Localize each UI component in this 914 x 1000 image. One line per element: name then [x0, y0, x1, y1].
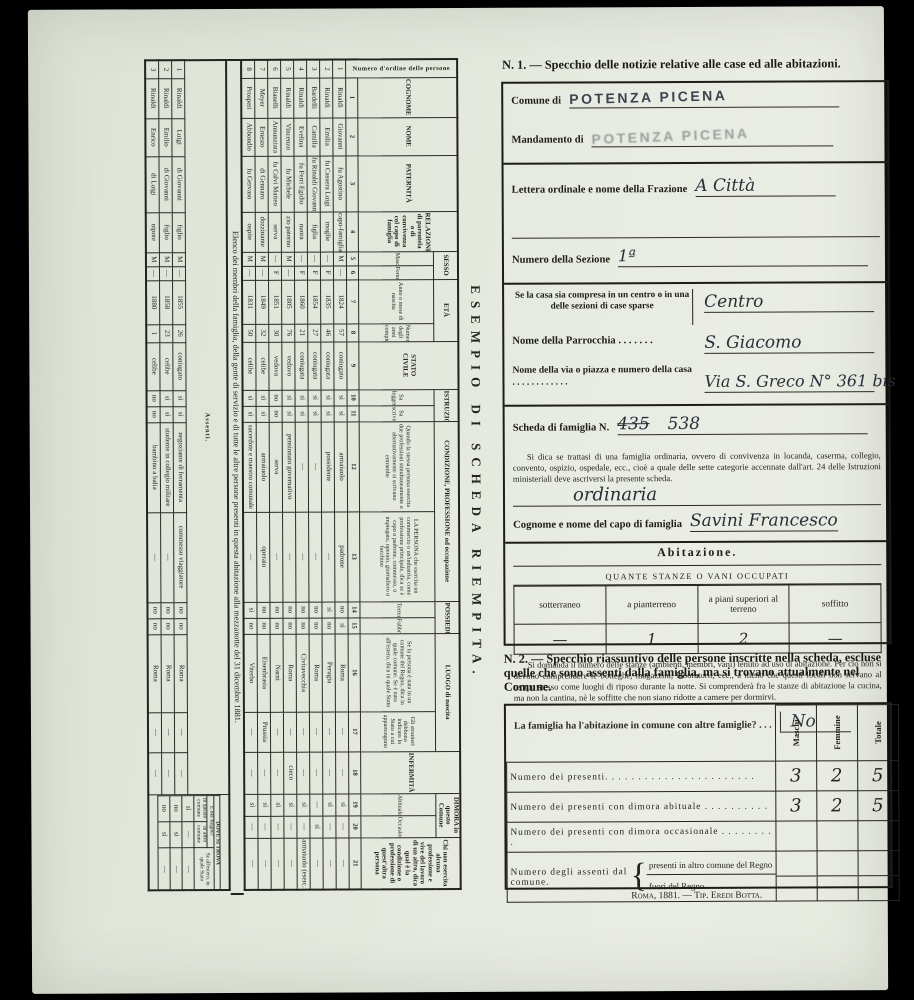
person-cell: — — [284, 712, 297, 752]
dove-val: sì — [158, 821, 170, 847]
person-cell: no — [335, 602, 348, 618]
dove-val: — — [170, 847, 182, 890]
column-number: 15 — [348, 617, 360, 633]
n2-assenti-sub1: presenti in altro comune del Regno — [647, 856, 775, 876]
assente-cell: sì — [173, 390, 186, 406]
person-cell: 1 — [333, 59, 346, 77]
person-cell: — — [282, 266, 295, 280]
stanze-val: 2 — [698, 624, 790, 654]
sezione-label: Numero della Sezione — [512, 254, 610, 265]
assente-cell: no — [161, 602, 174, 618]
column-group-header: SESSO — [434, 251, 458, 279]
person-cell: sì — [334, 390, 347, 406]
rotated-example-form: ESEMPIO DI SCHEDA RIEMPITA. Numero d'ord… — [92, 56, 486, 908]
person-cell: no — [270, 618, 283, 634]
column-group-header: LUOGO di nascita — [435, 633, 460, 751]
person-cell: di Gennaro — [255, 156, 268, 212]
assente-cell: — — [175, 752, 188, 794]
column-header: Anno o mese di nascita — [359, 279, 434, 323]
n2-val: 5 — [857, 761, 898, 791]
person-cell: — — [310, 752, 323, 794]
person-cell: Annunziata — [268, 118, 281, 156]
assente-cell: — — [147, 512, 161, 602]
person-cell: no — [270, 602, 283, 618]
person-cell: nuora — [294, 212, 307, 252]
person-cell: — — [284, 838, 297, 890]
person-cell: Bianelli — [268, 78, 281, 118]
assente-cell: — — [160, 266, 173, 280]
person-cell: 1854 — [308, 280, 321, 324]
person-cell: Civitavecchia — [296, 634, 309, 712]
person-cell: Prosperi — [241, 78, 255, 118]
person-cell: — — [297, 816, 310, 838]
person-cell: — — [271, 838, 284, 890]
person-cell: 6 — [268, 60, 281, 78]
assente-cell: di Giovanni — [159, 156, 172, 212]
person-cell: no — [322, 618, 335, 634]
column-group-header: CONDIZIONE, PROFESSIONE od occupazione — [434, 421, 459, 601]
categoria-note: Si dica se trattasi di una famiglia ordi… — [513, 450, 881, 484]
person-cell: Camilla — [307, 118, 320, 156]
person-cell: Narni — [270, 634, 283, 712]
person-cell: Roma — [283, 634, 296, 712]
column-group-header: ETÀ — [434, 279, 459, 341]
person-cell: coniugato — [334, 342, 347, 390]
assente-cell: no — [174, 618, 187, 634]
assente-cell: — — [148, 712, 162, 752]
person-cell: — — [308, 252, 321, 266]
person-cell: 27 — [308, 324, 321, 342]
n2-val: 2 — [816, 761, 857, 791]
column-number: 17 — [349, 711, 361, 751]
column-header: Gli stranieri debbono indicare lo Stato … — [361, 711, 436, 751]
person-cell: dozzinante — [255, 212, 268, 252]
assente-cell: Roma — [148, 634, 162, 712]
person-cell: — — [245, 838, 259, 890]
person-cell: zio paterno — [281, 212, 294, 252]
column-header: COGNOME — [358, 77, 458, 117]
person-cell: coniugata — [295, 342, 308, 390]
column-number: 2 — [346, 117, 358, 155]
person-cell: M — [242, 252, 256, 266]
assente-cell: no — [148, 618, 162, 634]
assente-cell: 26 — [173, 324, 186, 342]
person-cell: — — [310, 794, 323, 816]
dove-regno: È nel Regno? — [206, 795, 213, 847]
person-cell: 57 — [334, 323, 347, 341]
assente-cell: Emilio — [159, 118, 172, 156]
column-header: Quando la stessa persona esercita due pr… — [359, 421, 434, 511]
via-value: Via S. Greco N° 361 bis — [704, 371, 896, 391]
dove-val: — — [182, 847, 194, 890]
assente-cell: no — [174, 602, 187, 618]
stanze-title: QUANTE STANZE O VANI OCCUPATI — [605, 572, 789, 582]
person-cell: sì — [243, 406, 257, 422]
person-cell: sì — [295, 406, 308, 422]
person-cell: sì — [256, 406, 269, 422]
assente-cell: 1 — [172, 60, 185, 78]
person-cell: sì — [336, 794, 349, 816]
frazione-value: A Città — [695, 176, 755, 196]
column-number: 1 — [346, 77, 358, 117]
person-cell: no — [296, 618, 309, 634]
column-number: 18 — [349, 751, 361, 793]
person-cell: — — [323, 712, 336, 752]
n2-val: 5 — [857, 791, 898, 821]
assente-cell: — — [148, 752, 162, 794]
person-cell: no — [244, 618, 258, 634]
assente-cell: 1880 — [146, 280, 160, 324]
person-cell: — — [283, 512, 296, 602]
person-cell: sì — [323, 794, 336, 816]
assente-cell: nipote — [146, 212, 160, 252]
column-header: Chi non esercita alcuna professione e vi… — [361, 837, 461, 889]
column-header: Sa scrivere? — [359, 405, 434, 421]
person-cell: 30 — [269, 324, 282, 342]
person-cell: cieco — [284, 752, 297, 794]
person-cell: 1849 — [256, 280, 269, 324]
assenti-heading: Assenti. — [185, 60, 230, 794]
assente-cell: negoziante di ferramenta — [173, 422, 186, 512]
column-header: Terreni? — [360, 601, 435, 617]
person-cell: 21 — [295, 324, 308, 342]
person-cell: F — [308, 266, 321, 280]
person-cell: — — [295, 422, 308, 512]
centro-value: Centro — [704, 292, 763, 312]
via-label: Nome della via o piazza e numero della c… — [512, 364, 694, 389]
person-cell: — — [244, 752, 258, 794]
person-cell: 1831 — [242, 280, 256, 324]
person-cell: Meyer — [255, 78, 268, 118]
person-cell: sì — [297, 794, 310, 816]
column-header: Fabbricati? — [360, 617, 435, 633]
column-number: 6 — [347, 265, 359, 279]
person-cell: no — [283, 618, 296, 634]
person-cell: fu Ferri Egidio — [294, 156, 307, 212]
n2-col-femmine: Femmine — [831, 716, 841, 750]
person-cell: no — [309, 618, 322, 634]
column-number: 11 — [347, 405, 359, 421]
column-header: Sa leggere? — [359, 389, 434, 405]
dove-val: sì — [182, 795, 194, 821]
column-group-header: DIMORA in questo Comune — [436, 793, 461, 837]
person-cell: no — [257, 618, 270, 634]
n2-val: 3 — [775, 761, 816, 791]
n2-row-label: Numero dei presenti. . . . . . . . . . .… — [507, 761, 776, 792]
person-cell: sì — [322, 602, 335, 618]
column-number: 16 — [348, 633, 360, 711]
column-number: 13 — [348, 511, 360, 601]
person-cell: sacerdote e maestro comunale — [243, 422, 257, 512]
person-cell: — — [258, 838, 271, 890]
person-cell: sì — [310, 816, 323, 838]
dove-val: — — [182, 821, 194, 847]
person-cell: 32 — [256, 324, 269, 342]
parrocchia-value: S. Giacomo — [704, 333, 801, 353]
assente-cell: — — [146, 266, 160, 280]
person-cell: sì — [282, 390, 295, 406]
person-cell: coniugata — [321, 342, 334, 390]
stanze-col: a pianterreno — [606, 586, 698, 624]
person-cell: — — [309, 512, 322, 602]
assente-cell: M — [146, 252, 160, 266]
n1-box: Comune di POTENZA PICENA Mandamento di P… — [501, 80, 891, 646]
column-header: Se la persona è nata in un comune del Re… — [360, 633, 435, 711]
person-cell: — — [270, 512, 283, 602]
dove-estero: Se all'estero, in quale Stato — [194, 847, 214, 890]
n2-val — [775, 821, 816, 851]
person-cell: 1835 — [321, 280, 334, 324]
person-cell: fu Michele — [281, 156, 294, 212]
column-header: PATERNITÀ — [358, 155, 458, 211]
n2-table: Maschi Femmine Totale Numero dei present… — [506, 704, 899, 903]
dove-altro: in altro comune — [194, 821, 207, 847]
n2-title: N. 2. — Specchio riassuntivo delle perso… — [504, 650, 890, 694]
person-cell: — — [256, 266, 269, 280]
person-cell: padrone — [335, 512, 348, 602]
person-cell: Roma — [309, 634, 322, 712]
person-cell: — — [243, 512, 257, 602]
person-cell: fu Gervaso — [242, 156, 256, 212]
n2-val: 3 — [775, 791, 816, 821]
person-cell: — — [271, 752, 284, 794]
person-cell: sì — [282, 406, 295, 422]
person-cell: Eisenbrasia — [257, 634, 270, 712]
assente-cell: — — [162, 712, 175, 752]
person-cell: F — [269, 266, 282, 280]
person-cell: no — [309, 602, 322, 618]
person-cell: — — [310, 838, 323, 890]
assente-cell: — — [173, 266, 186, 280]
dove-val: — — [158, 847, 170, 890]
column-number: 14 — [348, 601, 360, 617]
assente-cell: figlio — [172, 212, 185, 252]
person-cell: — — [245, 816, 259, 838]
person-cell: sì — [244, 602, 258, 618]
assenti-table: Assenti.DOVE SI TROVAÈ nel Regno?Se all'… — [144, 59, 231, 909]
person-cell: possidente — [321, 422, 334, 512]
person-cell: Ernesto — [255, 118, 268, 156]
comune-stamp: POTENZA PICENA — [569, 87, 728, 107]
person-cell: sì — [244, 794, 258, 816]
person-cell: — — [336, 712, 349, 752]
census-table: Numero d'ordine delle personeCOGNOMENOME… — [240, 58, 462, 909]
scanned-census-sheet: ESEMPIO DI SCHEDA RIEMPITA. Numero d'ord… — [28, 6, 888, 994]
column-group-header: ISTRUZIONE — [434, 389, 458, 421]
person-cell: 46 — [321, 324, 334, 342]
column-header: Femmina — [359, 265, 434, 279]
person-cell: — — [296, 512, 309, 602]
assente-cell: M — [160, 252, 173, 266]
person-cell: 8 — [241, 60, 255, 78]
scheda-old: 435 — [617, 414, 650, 434]
assente-cell: figlio — [159, 212, 172, 252]
person-cell: Viterbo — [244, 634, 258, 712]
person-cell: — — [310, 712, 323, 752]
assente-cell: no — [147, 406, 161, 422]
person-cell: sì — [334, 406, 347, 422]
assente-cell: 3 — [145, 60, 159, 78]
column-header: Occasionale — [361, 815, 436, 837]
column-number: 21 — [349, 837, 361, 889]
person-cell: — — [336, 838, 349, 890]
sezione-value: 1ª — [618, 246, 636, 265]
person-cell: sì — [321, 406, 334, 422]
dove-si-trova-cell: DOVE SI TROVAÈ nel Regno?Se all'estero, … — [148, 794, 229, 890]
person-cell: capo-famiglia — [333, 211, 346, 251]
person-cell: ospite — [242, 212, 256, 252]
person-cell: sì — [271, 794, 284, 816]
person-cell: — — [297, 752, 310, 794]
assente-cell: celibe — [146, 342, 160, 390]
person-cell: serva — [269, 422, 282, 512]
mandamento-label: Mandamento di — [511, 134, 583, 145]
assente-cell: no — [147, 390, 161, 406]
assente-cell: Luigi — [172, 118, 185, 156]
person-cell: sì — [258, 794, 271, 816]
scheda-label: Scheda di famiglia N. — [513, 422, 610, 433]
assente-cell: Rinaldi — [145, 78, 159, 118]
stanze-val: — — [789, 623, 881, 653]
assente-cell: 23 — [160, 324, 173, 342]
parrocchia-label: Nome della Parrocchia . . . . . . . — [512, 335, 652, 347]
column-number: 19 — [349, 793, 361, 815]
assente-cell: coniugato — [173, 342, 186, 390]
person-cell: Evelina — [294, 118, 307, 156]
column-number: 9 — [347, 341, 359, 389]
person-cell: sì — [284, 794, 297, 816]
person-cell: — — [244, 712, 258, 752]
person-cell: — — [323, 752, 336, 794]
n2-val: 2 — [816, 791, 857, 821]
person-cell: 76 — [282, 324, 295, 342]
person-cell: armaiuolo — [256, 422, 269, 512]
person-cell: — — [336, 816, 349, 838]
person-cell: — — [321, 252, 334, 266]
assente-cell: — — [175, 712, 188, 752]
person-cell: — — [271, 712, 284, 752]
person-cell: F — [321, 266, 334, 280]
assente-cell: no — [148, 602, 162, 618]
person-cell: vedova — [269, 342, 282, 390]
column-number: 5 — [347, 251, 359, 265]
centro-label: Se la casa sia compresa in un centro o i… — [512, 289, 692, 312]
assente-cell: celibe — [160, 342, 173, 390]
dove-title: DOVE SI TROVA — [213, 795, 220, 890]
column-number: 12 — [347, 421, 359, 511]
person-cell: Abbondio — [242, 118, 256, 156]
column-group-header: POSSIEDE — [435, 601, 459, 633]
assente-cell: 1858 — [160, 280, 173, 324]
person-cell: 1860 — [295, 280, 308, 324]
n1-title: N. 1. — Specchio delle notizie relative … — [502, 56, 890, 72]
person-cell: Rinaldi — [281, 78, 294, 118]
person-cell: 1824 — [334, 279, 347, 323]
person-cell: Roma — [335, 634, 348, 712]
assente-cell: sì — [160, 390, 173, 406]
assente-cell: Rinaldi — [172, 78, 185, 118]
assente-cell: 1 — [146, 324, 160, 342]
person-cell: 4 — [294, 60, 307, 78]
person-cell: 1851 — [269, 280, 282, 324]
person-cell: Giovanni — [333, 117, 346, 155]
assente-cell: — — [162, 752, 175, 794]
person-cell: — — [242, 266, 256, 280]
assente-cell: di Luigi — [146, 156, 160, 212]
assente-cell: di Giovanni — [172, 156, 185, 212]
mandamento-stamp: POTENZA PICENA — [591, 125, 750, 147]
column-header: Abituale — [361, 793, 436, 815]
stanze-col: a piani superiori al terreno — [697, 586, 789, 624]
person-cell: — — [336, 752, 349, 794]
person-cell: — — [322, 512, 335, 602]
person-cell: fu Rinaldi Giovanni — [307, 156, 320, 212]
column-number: 20 — [349, 815, 361, 837]
person-cell: 1805 — [282, 280, 295, 324]
assente-cell: sì — [160, 406, 173, 422]
n2-val — [816, 821, 857, 851]
person-cell: no — [269, 406, 282, 422]
dove-val: sì — [170, 821, 182, 847]
scheda-value: 538 — [668, 414, 701, 434]
person-cell: F — [295, 266, 308, 280]
imprint: Roma, 1881. — Tip. Eredi Botta. — [631, 891, 762, 902]
person-cell: — — [258, 752, 271, 794]
person-cell: — — [308, 422, 321, 512]
person-cell: fu Calvi Matteo — [268, 156, 281, 212]
column-number: 3 — [346, 155, 358, 211]
person-cell: Bardelli — [307, 78, 320, 118]
person-cell: sì — [308, 390, 321, 406]
person-cell: pensionato governativo — [282, 422, 295, 512]
person-cell: Prussia — [258, 712, 271, 752]
column-header-ordine: Numero d'ordine delle persone — [346, 59, 457, 77]
column-header: STATO CIVILE — [359, 341, 459, 389]
person-cell: — — [271, 816, 284, 838]
person-cell: M — [282, 252, 295, 266]
person-cell: 50 — [242, 324, 256, 342]
person-cell: fu Agostino — [333, 155, 346, 211]
n2-val — [857, 821, 898, 851]
person-cell: Emilia — [320, 118, 333, 156]
column-header: INFERMITÀ — [361, 751, 461, 793]
frazione-label: Lettera ordinale e nome della Frazione — [512, 184, 688, 196]
stanze-col: sotterraneo — [514, 586, 606, 624]
person-cell: — — [295, 252, 308, 266]
person-cell: — — [334, 265, 347, 279]
assente-cell: Roma — [174, 634, 187, 712]
n2-assenti-label: Numero degli assenti dal comune. — [508, 867, 631, 888]
assente-cell: M — [173, 252, 186, 266]
assente-cell: Roma — [161, 634, 174, 712]
stanze-val: — — [514, 624, 606, 654]
person-cell: 5 — [281, 60, 294, 78]
person-cell: figlia — [307, 212, 320, 252]
person-cell: fu Cassera Luigi — [320, 156, 333, 212]
person-cell: no — [296, 602, 309, 618]
assente-cell: commesso viaggiatore — [174, 512, 187, 602]
assente-cell: no — [161, 618, 174, 634]
person-cell: sì — [335, 618, 348, 634]
column-number: 7 — [347, 279, 359, 323]
n2-col-totale: Totale — [872, 721, 882, 744]
person-cell: — — [297, 712, 310, 752]
person-cell: no — [269, 390, 282, 406]
assente-cell: 2 — [159, 60, 172, 78]
person-cell: — — [323, 816, 336, 838]
column-header: RELAZIONE di parentela o di convivenza c… — [358, 211, 458, 251]
person-cell: serva — [268, 212, 281, 252]
